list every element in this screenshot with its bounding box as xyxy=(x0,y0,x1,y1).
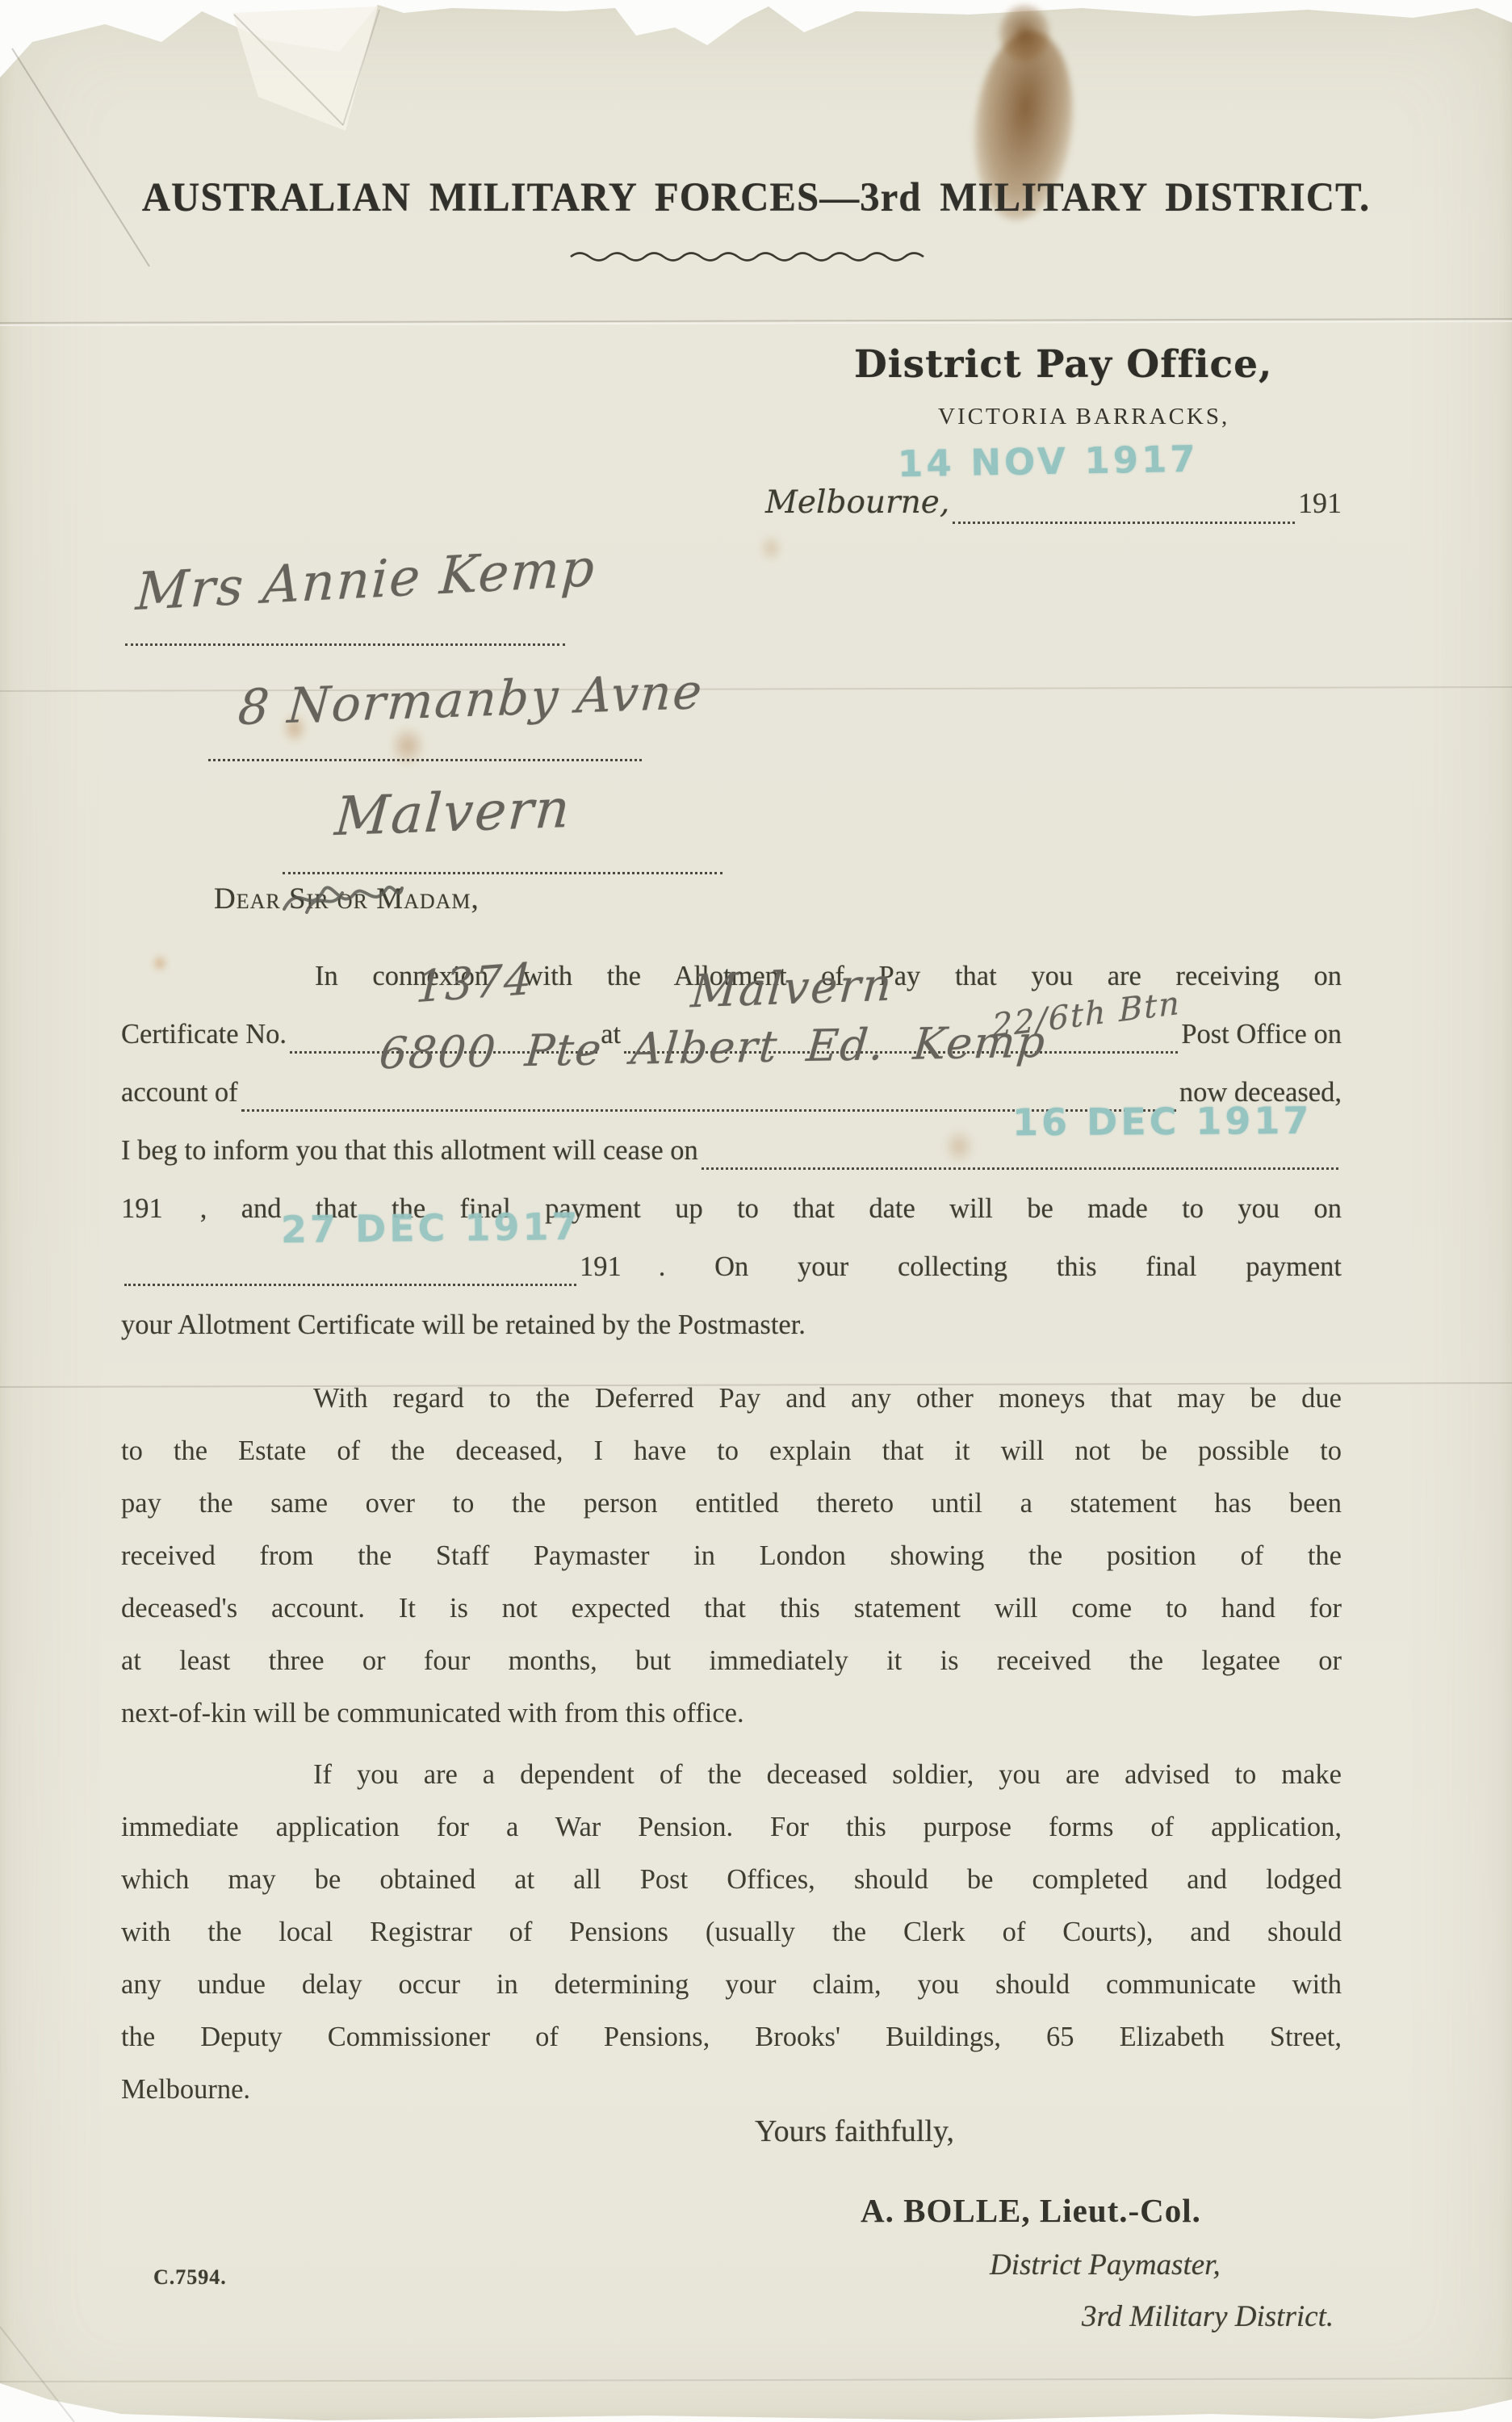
signatory-title-1: District Paymaster, xyxy=(990,2248,1221,2282)
year2-stub: 191 xyxy=(580,1251,622,1283)
para3-line: If you are a dependent of the deceased s… xyxy=(121,1749,1342,1801)
salutation-prefix: Dear xyxy=(214,882,289,916)
valediction: Yours faithfully, xyxy=(755,2114,954,2149)
para2-line: next-of-kin will be communicated with fr… xyxy=(121,1687,1342,1740)
wavy-rule xyxy=(567,249,938,265)
small-stain-3 xyxy=(152,954,168,972)
document-title: AUSTRALIAN MILITARY FORCES—3rd MILITARY … xyxy=(30,174,1481,221)
dateline: Melbourne, 191 xyxy=(765,484,1342,521)
certificate-label: Certificate No. xyxy=(121,1019,287,1050)
small-stain-5 xyxy=(759,534,783,562)
para1-line6-text: . On your collecting this final payment xyxy=(659,1251,1342,1283)
date-stamp-received: 14 NOV 1917 xyxy=(898,438,1200,485)
final-payment-rule xyxy=(124,1251,576,1286)
paragraph-war-pension: If you are a dependent of the deceased s… xyxy=(121,1749,1342,2116)
post-office-label: Post Office on xyxy=(1181,1019,1342,1050)
place-label: Melbourne, xyxy=(765,484,949,521)
para3-line: immediate application for a War Pension.… xyxy=(121,1801,1342,1854)
address-dotted-rule-2 xyxy=(208,759,642,761)
handwritten-post-office: Malvern xyxy=(689,959,895,1019)
para2-line: at least three or four months, but immed… xyxy=(121,1635,1342,1687)
para2-line: With regard to the Deferred Pay and any … xyxy=(121,1372,1342,1425)
year-stub: 191 xyxy=(1298,486,1342,520)
address-dotted-rule-1 xyxy=(125,643,565,646)
form-number: C.7594. xyxy=(153,2265,227,2290)
date-stamp-final-payment: 27 DEC 1917 xyxy=(281,1205,581,1251)
account-label: account of xyxy=(121,1077,238,1108)
address-dotted-rule-3 xyxy=(283,872,722,874)
signatory-name: A. BOLLE, Lieut.-Col. xyxy=(861,2191,1201,2230)
addressee-suburb: Malvern xyxy=(333,777,573,848)
signatory-title-2: 3rd Military District. xyxy=(1082,2299,1334,2334)
handwritten-certificate-no: 1374 xyxy=(415,953,534,1012)
paragraph-deferred-pay: With regard to the Deferred Pay and any … xyxy=(121,1372,1342,1740)
para2-line: received from the Staff Paymaster in Lon… xyxy=(121,1530,1342,1582)
salutation: Dear Sir or Madam, xyxy=(214,882,480,916)
salutation-struck-words: Sir or xyxy=(289,882,368,916)
office-name: District Pay Office, xyxy=(854,342,1272,387)
year1-stub: 191 xyxy=(121,1193,163,1225)
para3-line: the Deputy Commissioner of Pensions, Bro… xyxy=(121,2011,1342,2064)
scanned-letter-page: { "letterhead": { "title": "AUSTRALIAN M… xyxy=(0,0,1512,2422)
para2-line: pay the same over to the person entitled… xyxy=(121,1477,1342,1530)
ink-stain-tail xyxy=(999,5,1049,61)
para2-line: to the Estate of the deceased, I have to… xyxy=(121,1425,1342,1477)
salutation-suffix: Madam, xyxy=(368,882,480,916)
barracks-name: VICTORIA BARRACKS, xyxy=(938,404,1229,430)
para2-line: deceased's account. It is not expected t… xyxy=(121,1582,1342,1635)
para1-line6: 191 . On your collecting this final paym… xyxy=(121,1251,1342,1283)
date-stamp-cease: 16 DEC 1917 xyxy=(1012,1099,1313,1145)
para3-line: any undue delay occur in determining you… xyxy=(121,1959,1342,2011)
cease-label: I beg to inform you that this allotment … xyxy=(121,1135,698,1167)
dateline-dotted-rule xyxy=(953,484,1295,524)
para3-line: Melbourne. xyxy=(121,2064,1342,2116)
para3-line: with the local Registrar of Pensions (us… xyxy=(121,1906,1342,1959)
para1-line7: your Allotment Certificate will be retai… xyxy=(121,1309,1342,1341)
para1-line7-text: your Allotment Certificate will be retai… xyxy=(121,1309,806,1341)
para3-line: which may be obtained at all Post Office… xyxy=(121,1854,1342,1906)
